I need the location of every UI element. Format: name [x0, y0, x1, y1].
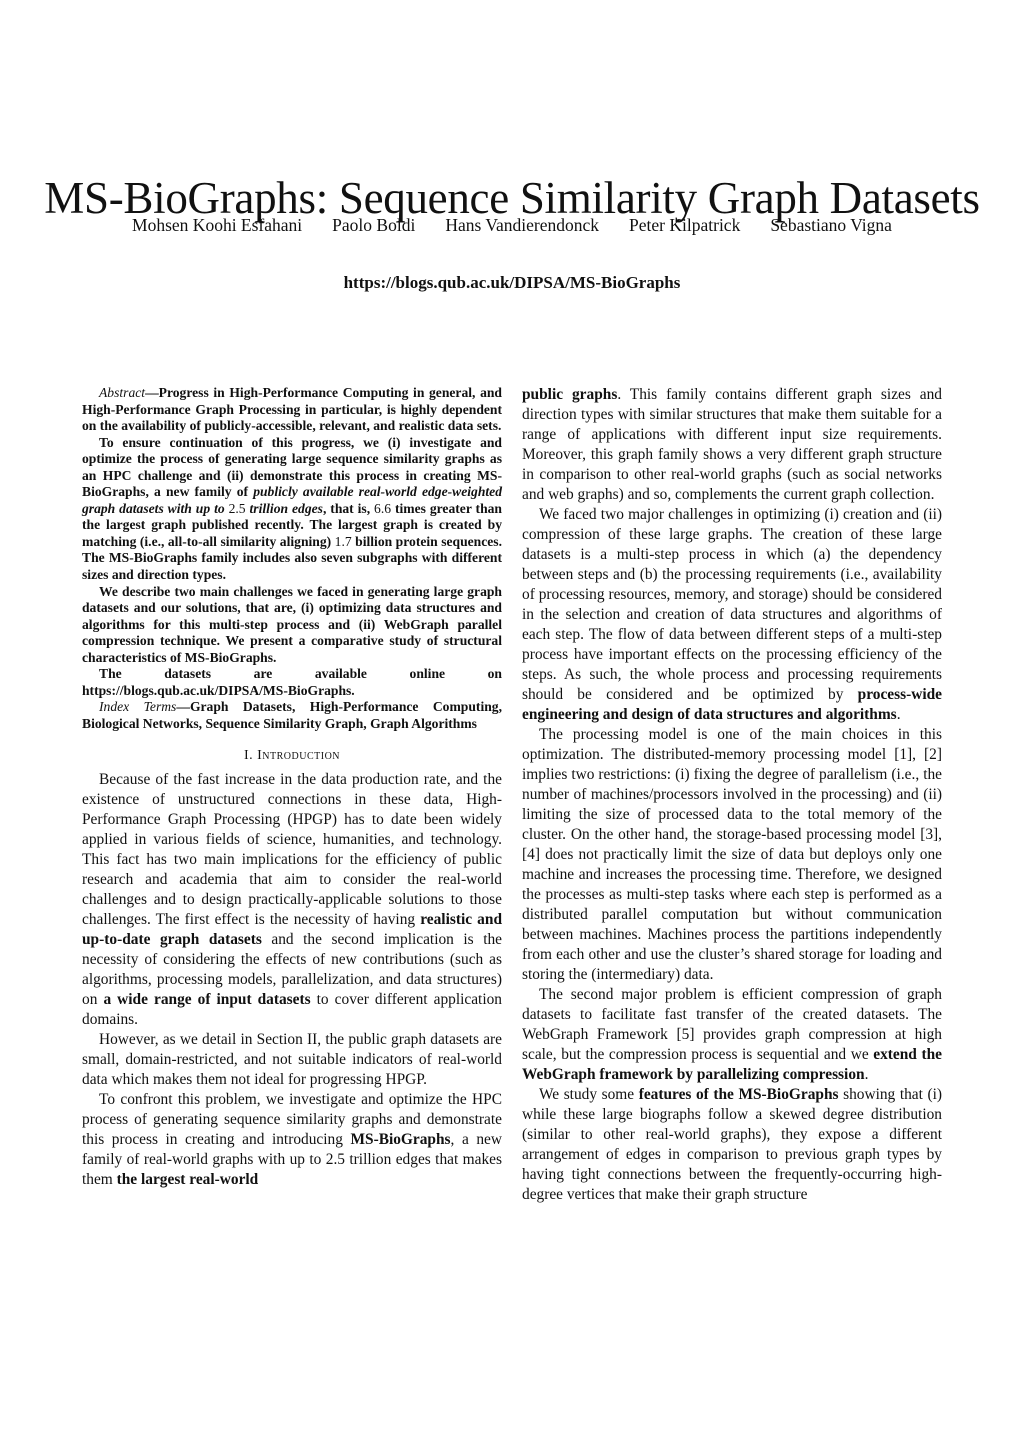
author-name: Peter Kilpatrick [629, 215, 740, 236]
author-name: Sebastiano Vigna [770, 215, 892, 236]
section-heading: I. Introduction [82, 746, 502, 766]
body-paragraph: We study some features of the MS-BioGrap… [522, 1085, 942, 1205]
dataset-url: https://blogs.qub.ac.uk/DIPSA/MS-BioGrap… [0, 273, 1024, 293]
introduction-right: public graphs. This family contains diff… [522, 385, 942, 1205]
body-paragraph: public graphs. This family contains diff… [522, 385, 942, 505]
index-terms-label: Index Terms [99, 699, 176, 714]
abstract-label: Abstract [99, 385, 145, 400]
body-paragraph: To confront this problem, we investigate… [82, 1090, 502, 1190]
body-paragraph: The second major problem is efficient co… [522, 985, 942, 1085]
abstract: Abstract—Progress in High-Performance Co… [82, 385, 502, 732]
body-paragraph: However, as we detail in Section II, the… [82, 1030, 502, 1090]
author-list: Mohsen Koohi Esfahani Paolo Boldi Hans V… [0, 215, 1024, 236]
section-number: I. [244, 748, 253, 763]
left-column: Abstract—Progress in High-Performance Co… [82, 385, 502, 1190]
abstract-paragraph: Abstract—Progress in High-Performance Co… [82, 385, 502, 435]
body-paragraph: We faced two major challenges in optimiz… [522, 505, 942, 725]
right-column: public graphs. This family contains diff… [522, 385, 942, 1205]
section-title: Introduction [257, 748, 340, 763]
author-name: Hans Vandierendonck [445, 215, 599, 236]
author-name: Paolo Boldi [332, 215, 415, 236]
author-name: Mohsen Koohi Esfahani [132, 215, 302, 236]
abstract-paragraph: The datasets are available online on htt… [82, 666, 502, 699]
abstract-paragraph: We describe two main challenges we faced… [82, 584, 502, 667]
body-paragraph: Because of the fast increase in the data… [82, 770, 502, 1030]
body-paragraph: The processing model is one of the main … [522, 725, 942, 985]
abstract-paragraph: To ensure continuation of this progress,… [82, 435, 502, 584]
introduction-left: Because of the fast increase in the data… [82, 770, 502, 1190]
index-terms: Index Terms—Graph Datasets, High-Perform… [82, 699, 502, 732]
